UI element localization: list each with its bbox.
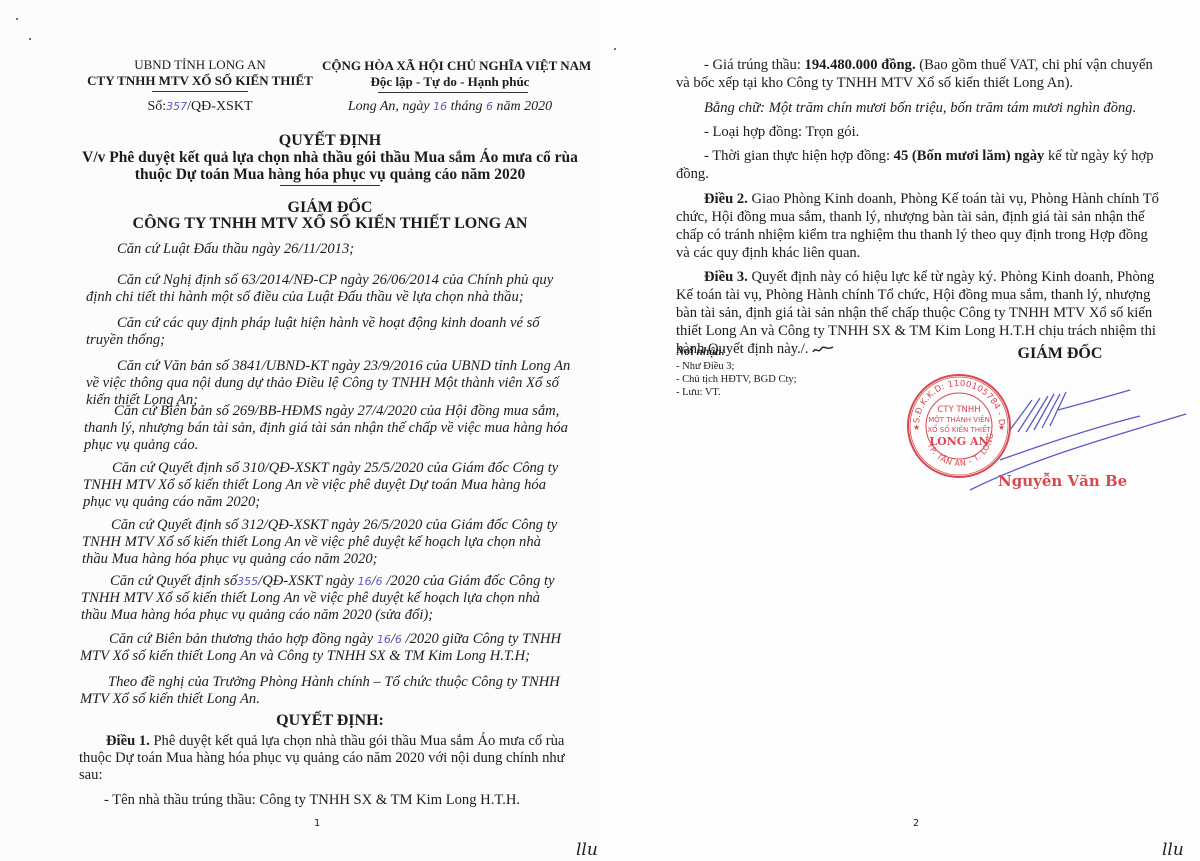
price-line1: - Giá trúng thầu: 194.480.000 đồng. (Bao…: [704, 57, 1153, 73]
basis-3-line1: Căn cứ các quy định pháp luật hiện hành …: [117, 315, 540, 331]
handwritten-decision-number: 355: [237, 575, 258, 588]
proposal-line1: Theo đề nghị của Trưởng Phòng Hành chính…: [108, 674, 560, 690]
article-1-line2: thuộc Dự toán Mua hàng hóa phục vụ quảng…: [79, 750, 565, 766]
basis-9-line2: MTV Xổ số kiến thiết Long An và Công ty …: [80, 648, 530, 664]
basis-6-line2: TNHH MTV Xổ số kiến thiết Long An về việ…: [83, 477, 546, 493]
price-amount: 194.480.000 đồng.: [805, 57, 916, 73]
article-2-line4: và các quy định khác liên quan.: [676, 245, 860, 261]
article-1-line1: Điều 1. Phê duyệt kết quả lựa chọn nhà t…: [106, 733, 564, 749]
basis-7-line3: thầu Mua hàng hóa phục vụ quảng cáo năm …: [82, 551, 378, 567]
handwritten-number: 357: [166, 100, 187, 113]
handwritten-day: 16: [358, 575, 372, 588]
article-2-line1: Điều 2. Giao Phòng Kinh doanh, Phòng Kế …: [704, 191, 1159, 207]
company-seal-icon: S.Đ.K.K.D: 1100105784 - D.N.N.N TP. TÂN …: [905, 372, 1013, 480]
recipient-item: - Lưu: VT.: [676, 386, 721, 399]
recipient-item: - Chủ tịch HĐTV, BGD Cty;: [676, 373, 797, 386]
document-page-2: - Giá trúng thầu: 194.480.000 đồng. (Bao…: [600, 0, 1200, 861]
republic-name: CỘNG HÒA XÃ HỘI CHỦ NGHĨA VIỆT NAM: [322, 58, 578, 74]
recipients-title: Nơi nhận:: [676, 346, 725, 359]
svg-text:CTY TNHH: CTY TNHH: [937, 405, 980, 415]
handwritten-month: 6: [376, 575, 383, 588]
basis-6-line1: Căn cứ Quyết định số 310/QĐ-XSKT ngày 25…: [112, 460, 558, 476]
document-number: Số:357/QĐ-XSKT: [80, 99, 320, 115]
basis-4-line1: Căn cứ Văn bản số 3841/UBND-KT ngày 23/9…: [117, 358, 570, 374]
scan-speck: [29, 38, 31, 40]
basis-8-line1: Căn cứ Quyết định số355/QĐ-XSKT ngày 16/…: [110, 573, 555, 590]
handwritten-month: 6: [395, 633, 402, 646]
handwritten-day: 16: [433, 100, 447, 113]
svg-text:★: ★: [913, 423, 920, 432]
basis-9-line1: Căn cứ Biên bản thương thảo hợp đồng ngà…: [109, 631, 561, 648]
article-2-line2: chức, Hội đồng mua sắm, thanh lý, nhượng…: [676, 209, 1145, 225]
basis-3-line2: truyền thống;: [86, 332, 165, 348]
issue-date: Long An, ngày 16 tháng 6 năm 2020: [322, 99, 578, 115]
decision-subject-line1: V/v Phê duyệt kết quả lựa chọn nhà thầu …: [60, 149, 600, 167]
proposal-line2: MTV Xổ số kiến thiết Long An.: [80, 691, 260, 707]
basis-6-line3: phục vụ quảng cáo năm 2020;: [83, 494, 260, 510]
scan-speck: [614, 48, 616, 50]
scan-speck: [16, 18, 18, 20]
decide-heading: QUYẾT ĐỊNH:: [60, 712, 600, 730]
page-number: 1: [314, 818, 320, 829]
basis-7-line1: Căn cứ Quyết định số 312/QĐ-XSKT ngày 26…: [111, 517, 557, 533]
svg-text:MỘT THÀNH VIÊN: MỘT THÀNH VIÊN: [928, 415, 990, 424]
price-in-words: Bằng chữ: Một trăm chín mươi bốn triệu, …: [704, 100, 1136, 116]
initial-squiggle-icon: [812, 345, 834, 355]
national-motto: Độc lập - Tự do - Hạnh phúc: [322, 74, 578, 90]
org-parent: UBND TỈNH LONG AN: [80, 57, 320, 73]
signature-title: GIÁM ĐỐC: [1000, 345, 1120, 363]
article-2-line3: chấp có tránh nhiệm kiểm tra nghiệm thu …: [676, 227, 1148, 243]
price-line2: và bốc xếp tại kho Công ty TNHH MTV Xổ s…: [676, 75, 1073, 91]
decision-subject-line2: thuộc Dự toán Mua hàng hóa phục vụ quảng…: [60, 166, 600, 184]
initials-mark: llu: [576, 840, 598, 860]
page-number: 2: [913, 818, 919, 829]
article-1-line3: sau:: [79, 767, 103, 783]
basis-8-line3: thầu Mua hàng hóa phục vụ quảng cáo năm …: [81, 607, 433, 623]
svg-text:LONG AN: LONG AN: [929, 435, 988, 448]
title-underline: [280, 185, 380, 186]
article-3-line1: Điều 3. Quyết định này có hiệu lực kể từ…: [704, 269, 1154, 285]
handwritten-month: 6: [486, 100, 493, 113]
authority-org: CÔNG TY TNHH MTV XỔ SỐ KIẾN THIẾT LONG A…: [60, 215, 600, 233]
header-underline-right: [378, 92, 528, 93]
basis-2-line1: Căn cứ Nghị định số 63/2014/NĐ-CP ngày 2…: [117, 272, 553, 288]
article-3-line3: bàn tài sản, định giá tài sản nhận thế c…: [676, 305, 1152, 321]
svg-text:XỔ SỐ KIẾN THIẾT: XỔ SỐ KIẾN THIẾT: [927, 424, 991, 434]
org-name: CTY TNHH MTV XỔ SỐ KIẾN THIẾT: [80, 73, 320, 89]
basis-5-line3: phục vụ quảng cáo.: [84, 437, 198, 453]
decision-heading: QUYẾT ĐỊNH: [60, 132, 600, 150]
article-3-line4: thiết Long An và Công ty TNHH SX & TM Ki…: [676, 323, 1156, 339]
article-3-line2: Kế toán tài vụ, Phòng Hành chính Tổ chức…: [676, 287, 1150, 303]
winner-line: - Tên nhà thầu trúng thầu: Công ty TNHH …: [104, 792, 520, 808]
signer-name: Nguyễn Văn Be: [998, 472, 1127, 490]
handwritten-day: 16: [377, 633, 391, 646]
recipient-item: - Như Điều 3;: [676, 360, 734, 373]
basis-8-line2: TNHH MTV Xổ số kiến thiết Long An về việ…: [81, 590, 540, 606]
basis-4-line2: về việc thông qua nội dung dự thảo Điều …: [86, 375, 559, 391]
duration-line2: đồng.: [676, 166, 709, 182]
basis-1: Căn cứ Luật Đấu thầu ngày 26/11/2013;: [117, 241, 354, 257]
contract-type: - Loại hợp đồng: Trọn gói.: [704, 124, 859, 140]
basis-5-line2: thanh lý, nhượng bán tài sản, định giá t…: [84, 420, 568, 436]
svg-text:★: ★: [998, 423, 1005, 432]
duration-value: 45 (Bốn mươi lăm) ngày: [894, 148, 1045, 164]
basis-2-line2: định chi tiết thi hành một số điều của L…: [86, 289, 524, 305]
header-underline-left: [152, 91, 248, 92]
basis-5-line1: Căn cứ Biên bản số 269/BB-HĐMS ngày 27/4…: [114, 403, 559, 419]
basis-7-line2: TNHH MTV Xổ số kiến thiết Long An về việ…: [82, 534, 541, 550]
initials-mark: llu: [1162, 840, 1184, 860]
duration-line1: - Thời gian thực hiện hợp đồng: 45 (Bốn …: [704, 148, 1154, 164]
document-page-1: UBND TỈNH LONG AN CTY TNHH MTV XỔ SỐ KIẾ…: [0, 0, 600, 861]
